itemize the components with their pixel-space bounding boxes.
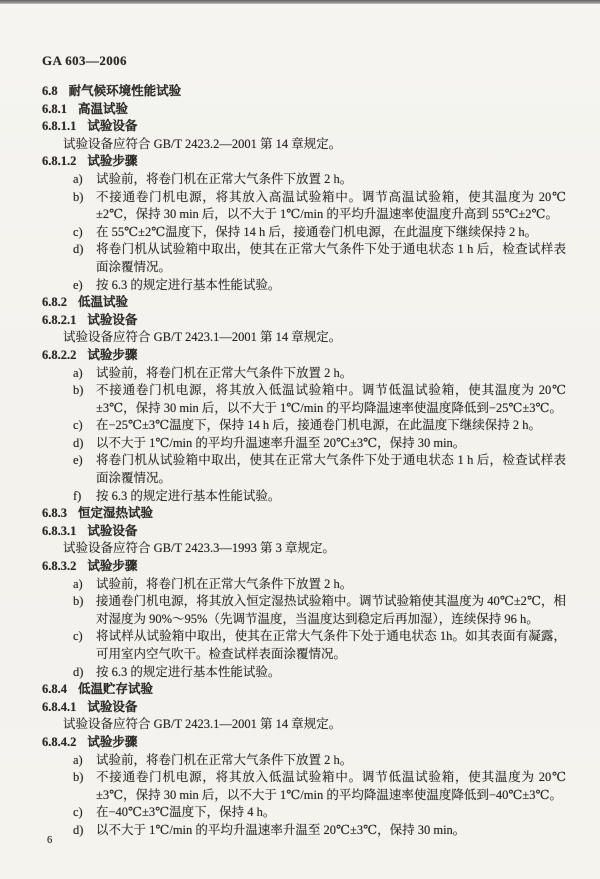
item-label: e) — [73, 277, 83, 295]
procedure-item: b)接通卷门机电源，将其放入恒定湿热试验箱中。调节试验箱使其温度为 40℃±2℃… — [42, 593, 566, 628]
item-label: f) — [73, 488, 81, 506]
section-heading: 6.8.1.1试验设备 — [42, 118, 566, 136]
item-text: 不接通卷门机电源，将其放入高温试验箱中。调节高温试验箱，使其温度为 20℃±2℃… — [96, 190, 566, 222]
item-text: 按 6.3 的规定进行基本性能试验。 — [96, 489, 280, 503]
section-number: 6.8 — [42, 84, 58, 98]
page-number: 6 — [47, 835, 52, 846]
section-title: 试验设备 — [87, 313, 137, 327]
section-number: 6.8.2.1 — [42, 313, 76, 327]
item-text: 试验前，将卷门机在正常大气条件下放置 2 h。 — [96, 577, 352, 591]
procedure-item: a)试验前，将卷门机在正常大气条件下放置 2 h。 — [42, 171, 566, 189]
section-heading: 6.8.3.2试验步骤 — [42, 558, 566, 576]
clause-paragraph: 试验设备应符合 GB/T 2423.1—2001 第 14 章规定。 — [42, 329, 566, 347]
section-number: 6.8.2.2 — [42, 348, 76, 362]
section-heading: 6.8.3.1试验设备 — [42, 523, 566, 541]
scan-edge-top — [0, 0, 600, 4]
section-heading: 6.8.4.2试验步骤 — [42, 734, 566, 752]
section-number: 6.8.1.1 — [42, 119, 76, 133]
section-title: 高温试验 — [78, 102, 128, 116]
clause-paragraph: 试验设备应符合 GB/T 2423.2—2001 第 14 章规定。 — [42, 136, 566, 154]
procedure-item: c)在−40℃±3℃温度下，保持 4 h。 — [42, 804, 566, 822]
item-text: 不接通卷门机电源，将其放入低温试验箱中。调节低温试验箱，使其温度为 20℃±3℃… — [96, 383, 566, 415]
section-heading: 6.8.2.1试验设备 — [42, 312, 566, 330]
document-content: 6.8耐气候环境性能试验6.8.1高温试验6.8.1.1试验设备试验设备应符合 … — [42, 83, 566, 840]
procedure-item: f)按 6.3 的规定进行基本性能试验。 — [42, 488, 566, 506]
item-text: 按 6.3 的规定进行基本性能试验。 — [96, 278, 280, 292]
item-label: a) — [73, 365, 83, 383]
procedure-item: b)不接通卷门机电源，将其放入高温试验箱中。调节高温试验箱，使其温度为 20℃±… — [42, 189, 566, 224]
procedure-item: e)按 6.3 的规定进行基本性能试验。 — [42, 277, 566, 295]
clause-paragraph: 试验设备应符合 GB/T 2423.3—1993 第 3 章规定。 — [42, 540, 566, 558]
item-label: a) — [73, 576, 83, 594]
item-text: 以不大于 1℃/min 的平均升温速率升温至 20℃±3℃，保持 30 min。 — [96, 823, 465, 837]
procedure-item: c)将试样从试验箱中取出，使其在正常大气条件下处于通电状态 1h。如其表面有凝露… — [42, 628, 566, 663]
section-title: 试验步骤 — [87, 348, 137, 362]
section-number: 6.8.4.1 — [42, 700, 76, 714]
procedure-item: e)将卷门机从试验箱中取出，使其在正常大气条件下处于通电状态 1 h 后，检查试… — [42, 452, 566, 487]
item-text: 以不大于 1℃/min 的平均升温速率升温至 20℃±3℃，保持 30 min。 — [96, 436, 465, 450]
procedure-item: c)在−25℃±3℃温度下，保持 14 h 后，接通卷门机电源，在此温度下继续保… — [42, 417, 566, 435]
section-number: 6.8.1 — [42, 102, 67, 116]
procedure-item: b)不接通卷门机电源，将其放入低温试验箱中。调节低温试验箱，使其温度为 20℃±… — [42, 769, 566, 804]
item-label: d) — [73, 241, 83, 259]
item-text: 接通卷门机电源，将其放入恒定湿热试验箱中。调节试验箱使其温度为 40℃±2℃，相… — [96, 594, 566, 626]
section-number: 6.8.2 — [42, 295, 67, 309]
procedure-item: d)按 6.3 的规定进行基本性能试验。 — [42, 664, 566, 682]
standard-code: GA 603—2006 — [42, 53, 127, 69]
clause-paragraph: 试验设备应符合 GB/T 2423.1—2001 第 14 章规定。 — [42, 716, 566, 734]
item-label: b) — [73, 189, 83, 207]
section-heading: 6.8.2低温试验 — [42, 294, 566, 312]
procedure-item: c)在 55℃±2℃温度下，保持 14 h 后，接通卷门机电源，在此温度下继续保… — [42, 224, 566, 242]
item-label: c) — [73, 628, 83, 646]
section-title: 试验步骤 — [87, 154, 137, 168]
item-label: d) — [73, 435, 83, 453]
item-label: a) — [73, 752, 83, 770]
item-text: 试验前，将卷门机在正常大气条件下放置 2 h。 — [96, 172, 352, 186]
item-text: 试验前，将卷门机在正常大气条件下放置 2 h。 — [96, 753, 352, 767]
section-title: 低温贮存试验 — [78, 682, 153, 696]
section-number: 6.8.3.1 — [42, 524, 76, 538]
section-heading: 6.8耐气候环境性能试验 — [42, 83, 566, 101]
item-text: 在 55℃±2℃温度下，保持 14 h 后，接通卷门机电源，在此温度下继续保持 … — [96, 225, 537, 239]
section-number: 6.8.4 — [42, 682, 67, 696]
section-title: 低温试验 — [78, 295, 128, 309]
item-text: 将卷门机从试验箱中取出，使其在正常大气条件下处于通电状态 1 h 后，检查试样表… — [96, 453, 566, 485]
section-heading: 6.8.4低温贮存试验 — [42, 681, 566, 699]
section-heading: 6.8.1.2试验步骤 — [42, 153, 566, 171]
section-heading: 6.8.4.1试验设备 — [42, 699, 566, 717]
item-label: b) — [73, 769, 83, 787]
item-label: c) — [73, 417, 83, 435]
procedure-item: a)试验前，将卷门机在正常大气条件下放置 2 h。 — [42, 365, 566, 383]
section-title: 试验步骤 — [87, 735, 137, 749]
section-heading: 6.8.2.2试验步骤 — [42, 347, 566, 365]
item-text: 将卷门机从试验箱中取出，使其在正常大气条件下处于通电状态 1 h 后，检查试样表… — [96, 242, 566, 274]
section-title: 试验步骤 — [87, 559, 137, 573]
item-text: 不接通卷门机电源，将其放入低温试验箱中。调节低温试验箱，使其温度为 20℃±3℃… — [96, 770, 566, 802]
section-number: 6.8.3 — [42, 506, 67, 520]
item-label: c) — [73, 804, 83, 822]
procedure-item: d)以不大于 1℃/min 的平均升温速率升温至 20℃±3℃，保持 30 mi… — [42, 822, 566, 840]
section-title: 恒定湿热试验 — [78, 506, 153, 520]
procedure-item: a)试验前，将卷门机在正常大气条件下放置 2 h。 — [42, 576, 566, 594]
section-number: 6.8.1.2 — [42, 154, 76, 168]
procedure-item: b)不接通卷门机电源，将其放入低温试验箱中。调节低温试验箱，使其温度为 20℃±… — [42, 382, 566, 417]
section-title: 试验设备 — [87, 700, 137, 714]
item-label: a) — [73, 171, 83, 189]
section-number: 6.8.4.2 — [42, 735, 76, 749]
item-text: 试验前，将卷门机在正常大气条件下放置 2 h。 — [96, 366, 352, 380]
item-text: 按 6.3 的规定进行基本性能试验。 — [96, 665, 280, 679]
section-heading: 6.8.1高温试验 — [42, 101, 566, 119]
document-page: GA 603—2006 6.8耐气候环境性能试验6.8.1高温试验6.8.1.1… — [0, 0, 600, 879]
item-label: d) — [73, 822, 83, 840]
item-label: d) — [73, 664, 83, 682]
item-text: 在−40℃±3℃温度下，保持 4 h。 — [96, 805, 275, 819]
procedure-item: d)将卷门机从试验箱中取出，使其在正常大气条件下处于通电状态 1 h 后，检查试… — [42, 241, 566, 276]
item-text: 将试样从试验箱中取出，使其在正常大气条件下处于通电状态 1h。如其表面有凝露，可… — [96, 629, 566, 661]
section-title: 试验设备 — [87, 524, 137, 538]
item-label: c) — [73, 224, 83, 242]
item-label: b) — [73, 382, 83, 400]
procedure-item: d)以不大于 1℃/min 的平均升温速率升温至 20℃±3℃，保持 30 mi… — [42, 435, 566, 453]
section-heading: 6.8.3恒定湿热试验 — [42, 505, 566, 523]
section-title: 耐气候环境性能试验 — [69, 84, 182, 98]
procedure-item: a)试验前，将卷门机在正常大气条件下放置 2 h。 — [42, 752, 566, 770]
section-title: 试验设备 — [87, 119, 137, 133]
item-label: b) — [73, 593, 83, 611]
item-text: 在−25℃±3℃温度下，保持 14 h 后，接通卷门机电源，在此温度下继续保持 … — [96, 418, 541, 432]
section-number: 6.8.3.2 — [42, 559, 76, 573]
item-label: e) — [73, 452, 83, 470]
